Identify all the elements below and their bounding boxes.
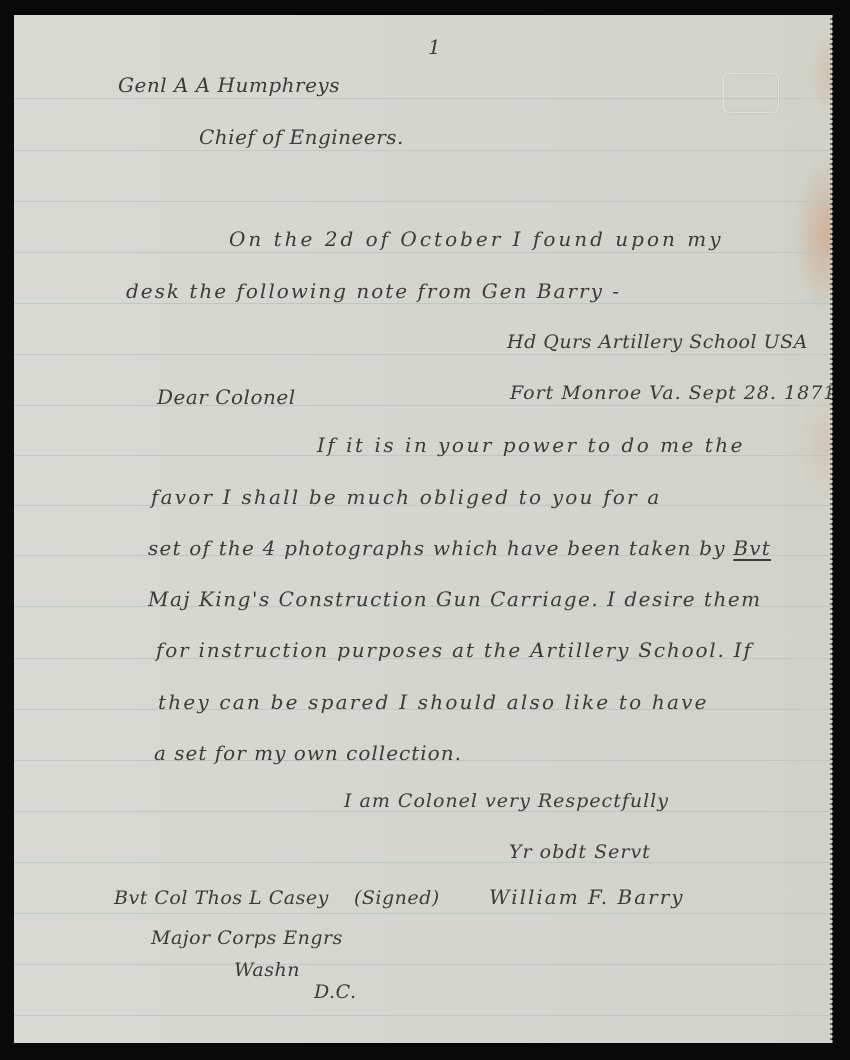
body-line-1: If it is in your power to do me the <box>317 433 745 457</box>
ruled-line <box>14 98 832 99</box>
letter-page: 1 Genl A A Humphreys Chief of Engineers.… <box>14 15 832 1043</box>
ruled-line <box>14 150 832 151</box>
ruled-line <box>14 964 832 965</box>
addressee-line-2: Major Corps Engrs <box>151 927 343 949</box>
addressee-line-3: Washn <box>234 959 300 981</box>
letter-heading-line-2: Fort Monroe Va. Sept 28. 1871 <box>510 382 836 404</box>
ruled-line <box>14 913 832 914</box>
intro-line-1: On the 2d of October I found upon my <box>229 227 724 251</box>
closing-line-2: Yr obdt Servt <box>509 841 651 863</box>
ruled-line <box>14 405 832 406</box>
body-line-3-text: set of the 4 photographs which have been… <box>148 536 726 560</box>
underlined-bvt: Bvt <box>733 536 771 560</box>
embossed-stamp <box>723 73 779 113</box>
body-line-2: favor I shall be much obliged to you for… <box>151 485 661 509</box>
letter-heading-line-1: Hd Qurs Artillery School USA <box>507 331 808 353</box>
ruled-line <box>14 303 832 304</box>
ruled-line <box>14 354 832 355</box>
ruled-line <box>14 252 832 253</box>
closing-line-1: I am Colonel very Respectfully <box>344 790 669 812</box>
address-line-1: Genl A A Humphreys <box>118 73 340 97</box>
address-line-2: Chief of Engineers. <box>199 125 404 149</box>
page-number: 1 <box>428 35 441 59</box>
ruled-line <box>14 201 832 202</box>
body-line-3: set of the 4 photographs which have been… <box>148 536 771 560</box>
body-line-6: they can be spared I should also like to… <box>158 690 709 714</box>
addressee-line-1: Bvt Col Thos L Casey <box>114 887 329 909</box>
intro-line-2: desk the following note from Gen Barry - <box>126 279 621 303</box>
ruled-line <box>14 862 832 863</box>
body-line-5: for instruction purposes at the Artiller… <box>156 638 753 662</box>
ruled-line <box>14 1015 832 1016</box>
salutation: Dear Colonel <box>157 385 296 409</box>
body-line-4: Maj King's Construction Gun Carriage. I … <box>148 587 762 611</box>
signature: William F. Barry <box>489 885 685 909</box>
addressee-line-4: D.C. <box>314 981 357 1003</box>
signed-marker: (Signed) <box>354 887 440 909</box>
body-line-7: a set for my own collection. <box>154 741 462 765</box>
